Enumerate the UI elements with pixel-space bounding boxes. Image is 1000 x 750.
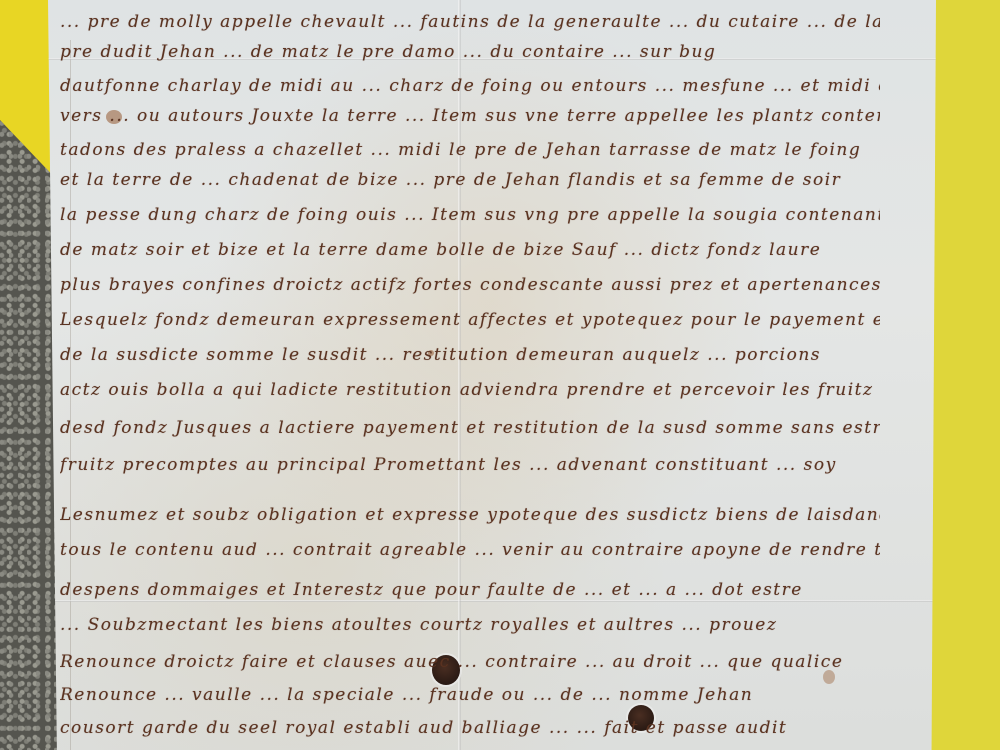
ink-stain	[823, 670, 835, 684]
manuscript-line: et la terre de ... chadenat de bize ... …	[60, 170, 880, 190]
manuscript-line: fruitz precomptes au principal Promettan…	[60, 455, 880, 475]
fold-crease	[48, 600, 936, 602]
manuscript-line: cousort garde du seel royal establi aud …	[60, 718, 880, 738]
manuscript-line: de matz soir et bize et la terre dame bo…	[60, 240, 880, 260]
manuscript-line: ... Soubzmectant les biens atoultes cour…	[60, 615, 880, 635]
manuscript-line: desd fondz Jusques a lactiere payement e…	[60, 418, 880, 438]
manuscript-line: Renounce ... vaulle ... la speciale ... …	[60, 685, 880, 705]
manuscript-line: de la susdicte somme le susdit ... resti…	[60, 345, 880, 365]
manuscript-line: vers ... ou autours Jouxte la terre ... …	[60, 106, 880, 126]
manuscript-line: tadons des praless a chazellet ... midi …	[60, 140, 880, 160]
manuscript-line: Lesquelz fondz demeuran expressement aff…	[60, 310, 880, 330]
yellow-backdrop-right	[930, 0, 1000, 750]
manuscript-line: despens dommaiges et Interestz que pour …	[60, 580, 880, 600]
manuscript-line: Lesnumez et soubz obligation et expresse…	[60, 505, 880, 525]
manuscript-line: ... pre de molly appelle chevault ... fa…	[60, 12, 880, 32]
manuscript-line: la pesse dung charz de foing ouis ... It…	[60, 205, 880, 225]
manuscript-line: plus brayes confines droictz actifz fort…	[60, 275, 880, 295]
manuscript-line: actz ouis bolla a qui ladicte restitutio…	[60, 380, 880, 400]
manuscript-line: tous le contenu aud ... contrait agreabl…	[60, 540, 880, 560]
manuscript-line: pre dudit Jehan ... de matz le pre damo …	[60, 42, 880, 62]
manuscript-line: dautfonne charlay de midi au ... charz d…	[60, 76, 880, 96]
manuscript-line: Renounce droictz faire et clauses auec .…	[60, 652, 880, 672]
